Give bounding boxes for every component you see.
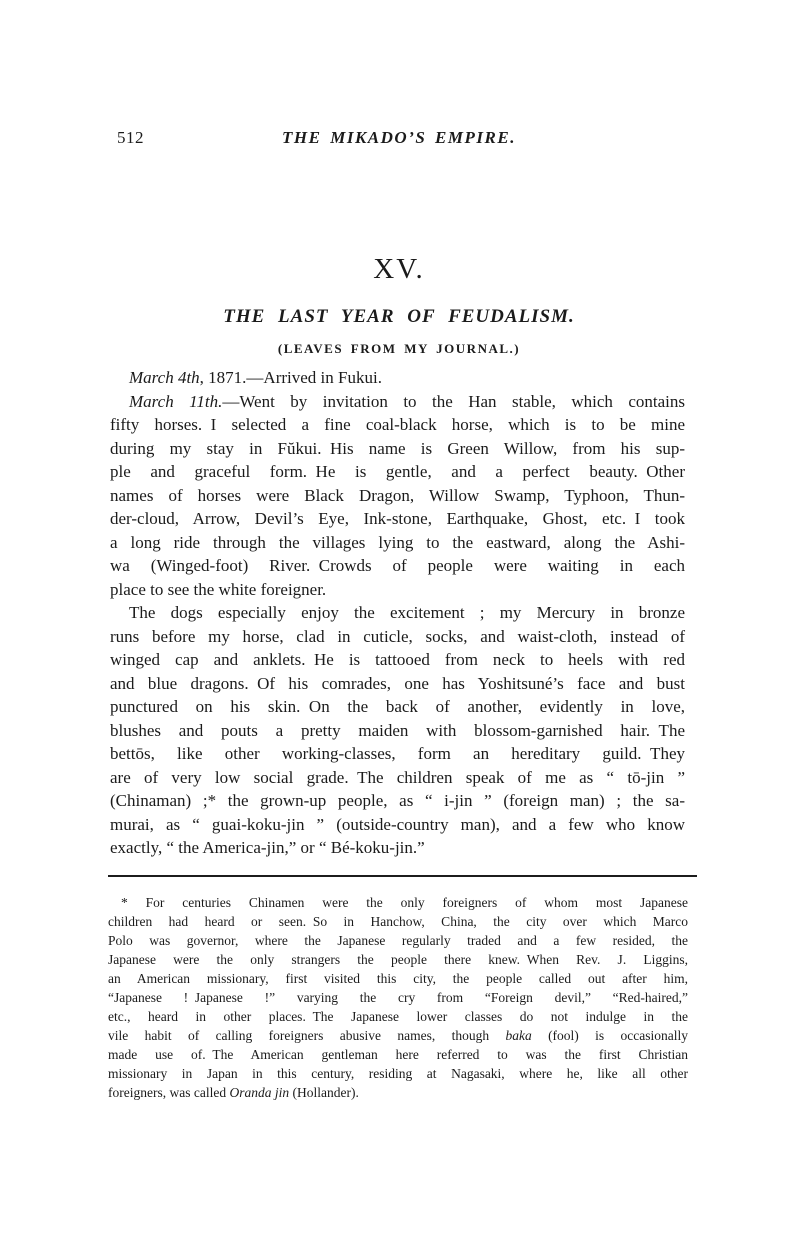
running-header: 512 THE MIKADO’S EMPIRE.: [110, 128, 688, 150]
chapter-number: XV.: [110, 253, 688, 286]
journal-entry-march-4: March 4th, 1871.—Arrived in Fukui.: [110, 366, 685, 390]
body-text: March 4th, 1871.—Arrived in Fukui. March…: [110, 366, 685, 860]
running-title: THE MIKADO’S EMPIRE.: [110, 128, 688, 148]
chapter-subtitle: (LEAVES FROM MY JOURNAL.): [110, 341, 688, 357]
footnote-paragraph: * For centuries Chinamen were the only f…: [108, 893, 688, 1102]
footnote-divider: [108, 875, 697, 877]
footnote: * For centuries Chinamen were the only f…: [108, 893, 688, 1102]
book-page: 512 THE MIKADO’S EMPIRE. XV. THE LAST YE…: [0, 0, 800, 1237]
paragraph-dogs-bettos: The dogs especially enjoy the excitement…: [110, 601, 685, 860]
chapter-title: THE LAST YEAR OF FEUDALISM.: [110, 306, 688, 328]
journal-entry-march-11: March 11th.—Went by invitation to the Ha…: [110, 390, 685, 602]
